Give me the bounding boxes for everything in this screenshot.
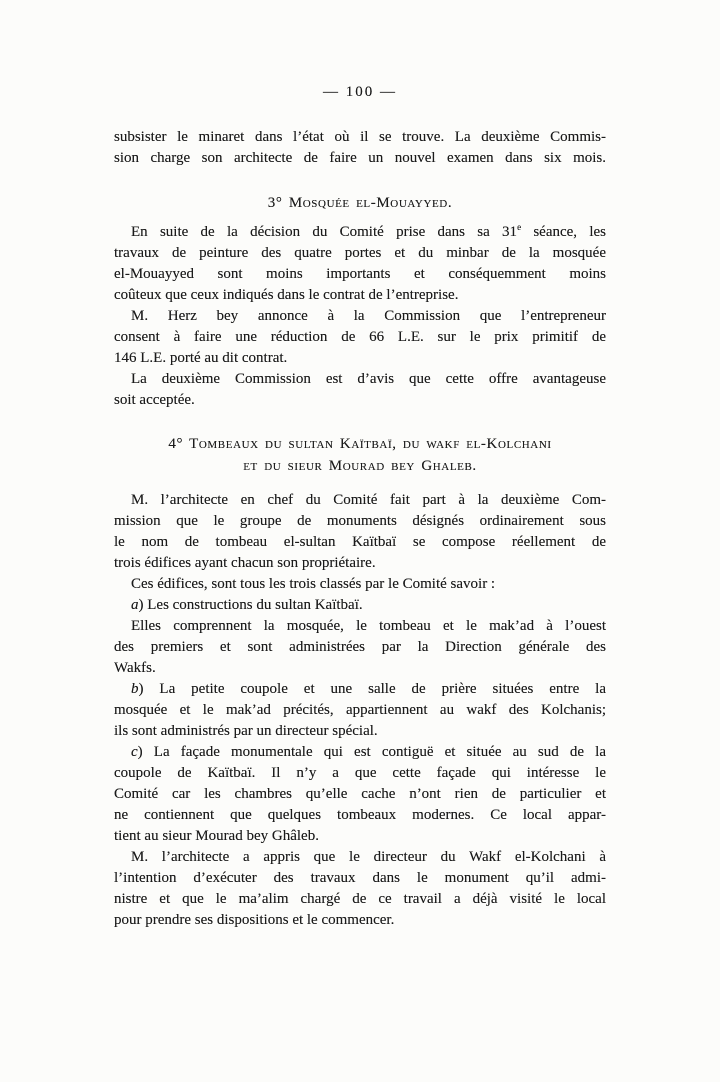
text-line: trois édifices ayant chacun son propriét… xyxy=(114,553,606,574)
paragraph: Ces édifices, sont tous les trois classé… xyxy=(114,574,606,595)
paragraph-item-b: b) La petite coupole et une salle de pri… xyxy=(114,679,606,742)
text-line: La deuxième Commission est d’avis que ce… xyxy=(114,369,606,390)
text-segment: ) La façade monumentale qui est contiguë… xyxy=(138,744,606,760)
paragraph: M. l’architecte en chef du Comité fait p… xyxy=(114,490,606,574)
text-line: coupole de Kaïtbaï. Il n’y a que cette f… xyxy=(114,763,606,784)
paragraph-item-a: a) Les constructions du sultan Kaïtbaï. xyxy=(114,595,606,616)
text-line: En suite de la décision du Comité prise … xyxy=(114,222,606,243)
text-line: des premiers et sont administrées par la… xyxy=(114,637,606,658)
text-line: b) La petite coupole et une salle de pri… xyxy=(114,679,606,700)
item-letter: a xyxy=(131,597,139,613)
text-line: tient au sieur Mourad bey Ghâleb. xyxy=(114,826,606,847)
paragraph-item-c: c) La façade monumentale qui est contigu… xyxy=(114,742,606,847)
paragraph: En suite de la décision du Comité prise … xyxy=(114,222,606,306)
text-line: Ces édifices, sont tous les trois classé… xyxy=(114,574,606,595)
paragraph: La deuxième Commission est d’avis que ce… xyxy=(114,369,606,411)
text-line: Wakfs. xyxy=(114,658,606,679)
text-block: subsister le minaret dans l’état où il s… xyxy=(114,127,606,931)
text-line: a) Les constructions du sultan Kaïtbaï. xyxy=(114,595,606,616)
section-heading-mosquee-el-mouayyed: 3° Mosquée el-Mouayyed. xyxy=(114,193,606,214)
text-line: le nom de tombeau el-sultan Kaïtbaï se c… xyxy=(114,532,606,553)
paragraph: M. Herz bey annonce à la Commission que … xyxy=(114,306,606,369)
text-line: ne contiennent que quelques tombeaux mod… xyxy=(114,805,606,826)
text-line: mission que le groupe de monuments désig… xyxy=(114,511,606,532)
heading-line: et du sieur Mourad bey Ghaleb. xyxy=(114,455,606,477)
text-line: M. Herz bey annonce à la Commission que … xyxy=(114,306,606,327)
ordinal-superscript: e xyxy=(517,222,521,232)
text-line: soit acceptée. xyxy=(114,390,606,411)
text-line: coûteux que ceux indiqués dans le contra… xyxy=(114,285,606,306)
text-line: l’intention d’exécuter des travaux dans … xyxy=(114,868,606,889)
text-segment: ) Les constructions du sultan Kaïtbaï. xyxy=(139,597,363,613)
text-line: ils sont administrés par un directeur sp… xyxy=(114,721,606,742)
text-line: subsister le minaret dans l’état où il s… xyxy=(114,127,606,148)
text-segment: En suite de la décision du Comité prise … xyxy=(131,224,517,240)
text-line: Elles comprennent la mosquée, le tombeau… xyxy=(114,616,606,637)
heading-line: 4° Tombeaux du sultan Kaïtbaï, du wakf e… xyxy=(114,433,606,455)
text-line: M. l’architecte a appris que le directeu… xyxy=(114,847,606,868)
text-segment: séance, les xyxy=(533,224,606,240)
text-line: M. l’architecte en chef du Comité fait p… xyxy=(114,490,606,511)
text-line: c) La façade monumentale qui est contigu… xyxy=(114,742,606,763)
item-letter: b xyxy=(131,681,139,697)
text-line: pour prendre ses dispositions et le comm… xyxy=(114,910,606,931)
text-line: el-Mouayyed sont moins importants et con… xyxy=(114,264,606,285)
paragraph: Elles comprennent la mosquée, le tombeau… xyxy=(114,616,606,679)
paragraph: M. l’architecte a appris que le directeu… xyxy=(114,847,606,931)
item-letter: c xyxy=(131,744,138,760)
text-segment: ) La petite coupole et une salle de priè… xyxy=(139,681,607,697)
text-line: Comité car les chambres qu’elle cache n’… xyxy=(114,784,606,805)
text-line: travaux de peinture des quatre portes et… xyxy=(114,243,606,264)
section-heading-tombeaux-kaitbai: 4° Tombeaux du sultan Kaïtbaï, du wakf e… xyxy=(114,433,606,477)
scanned-book-page: — 100 — subsister le minaret dans l’état… xyxy=(0,0,720,1082)
text-line: mosquée et le mak’ad précités, appartien… xyxy=(114,700,606,721)
paragraph-intro: subsister le minaret dans l’état où il s… xyxy=(114,127,606,169)
page-number: — 100 — xyxy=(0,0,720,100)
text-line: sion charge son architecte de faire un n… xyxy=(114,148,606,169)
text-line: consent à faire une réduction de 66 L.E.… xyxy=(114,327,606,348)
text-line: 146 L.E. porté au dit contrat. xyxy=(114,348,606,369)
text-line: nistre et que le ma’alim chargé de ce tr… xyxy=(114,889,606,910)
heading-line: 3° Mosquée el-Mouayyed. xyxy=(114,193,606,214)
